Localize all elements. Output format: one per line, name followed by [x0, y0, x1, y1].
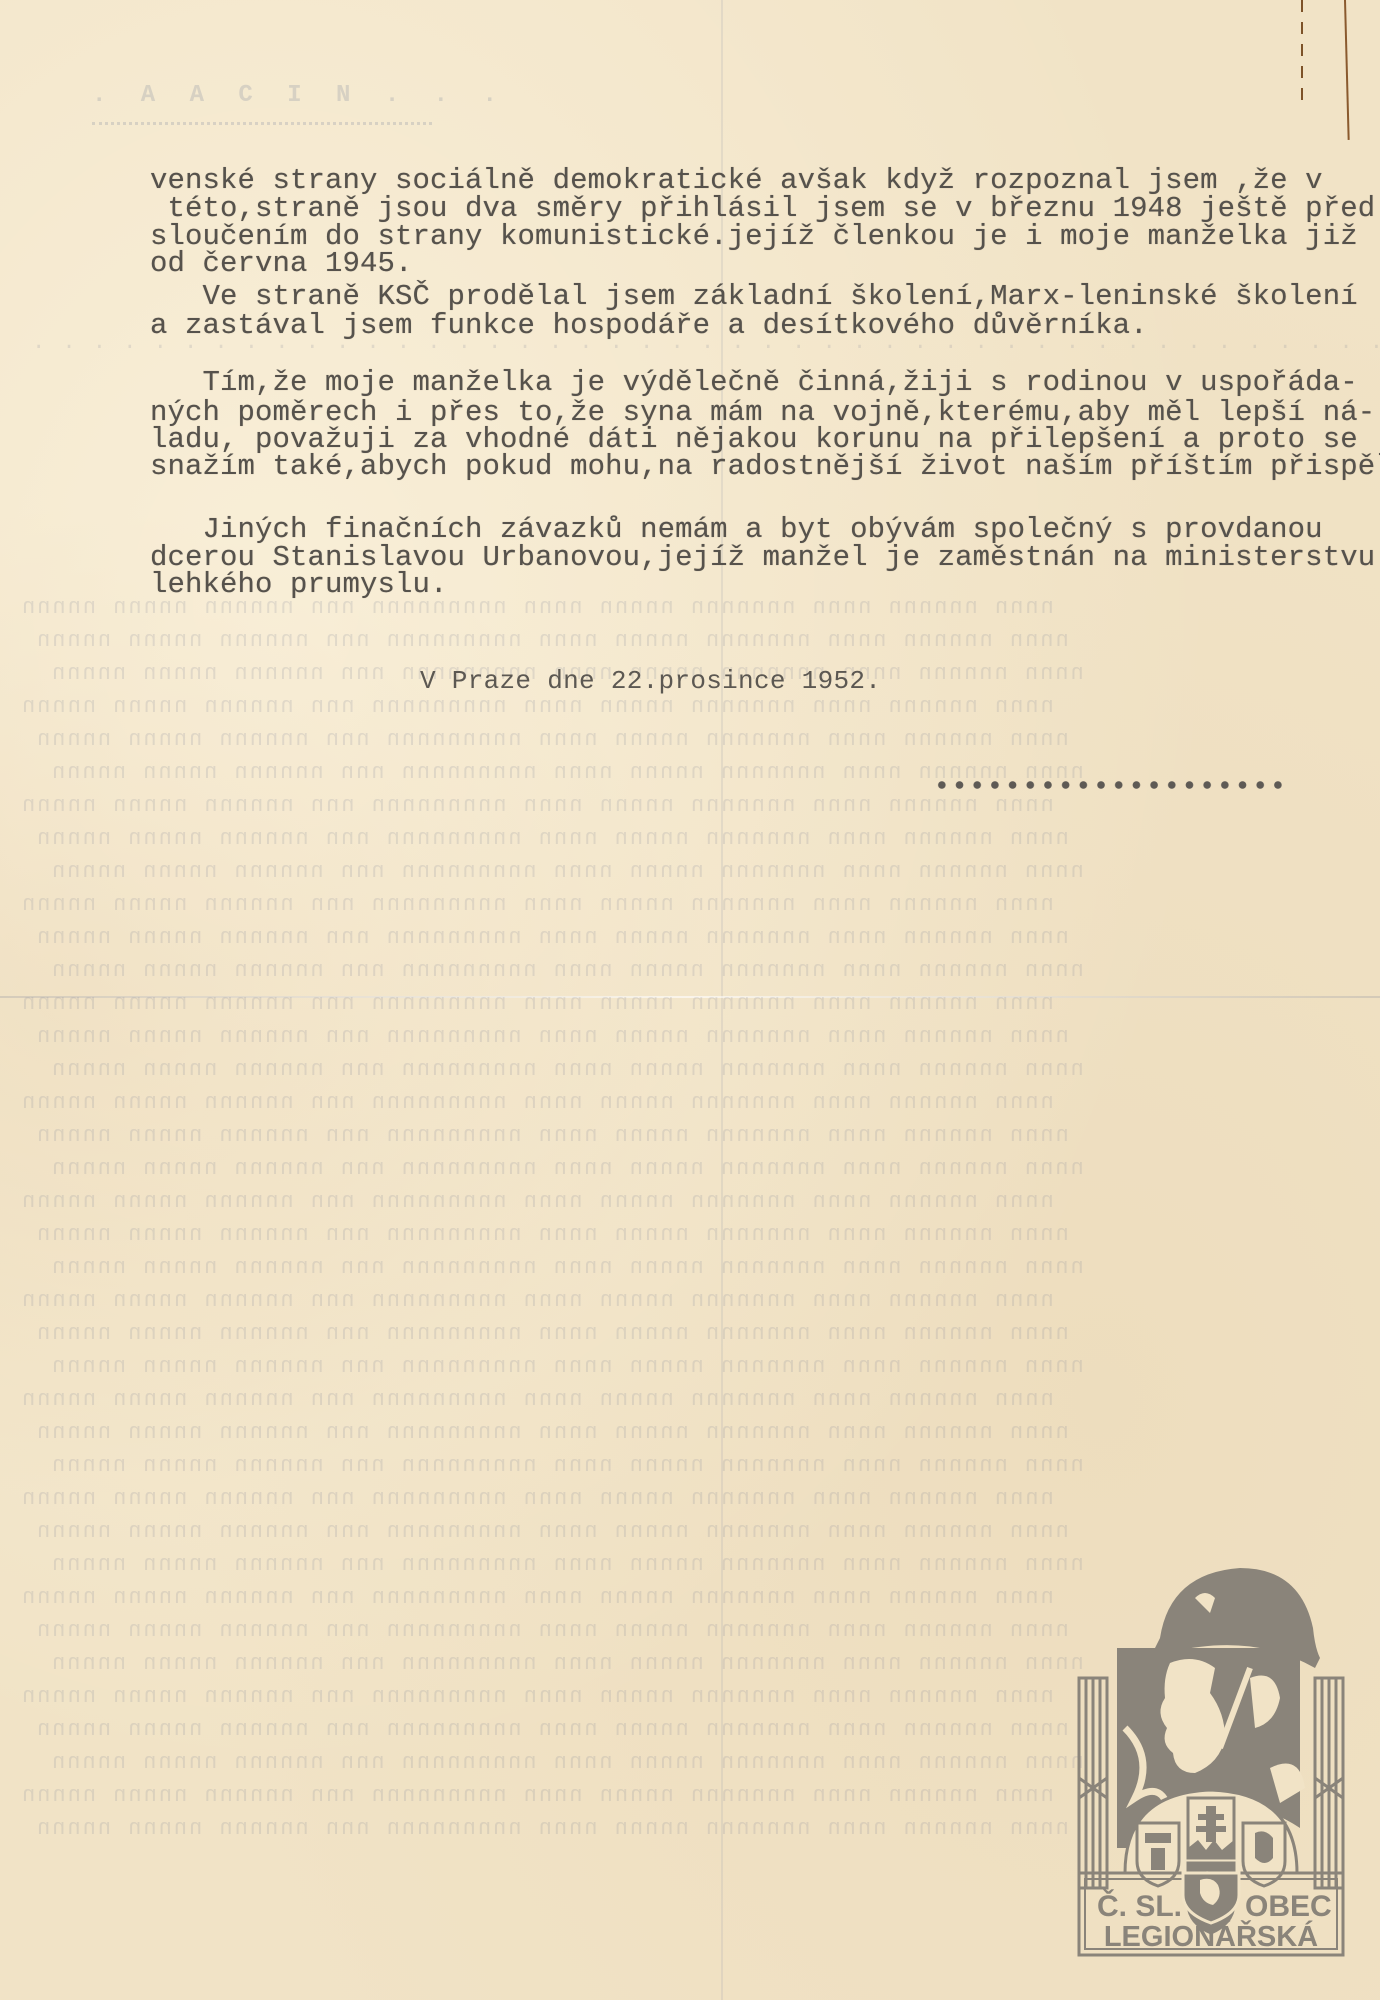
bleed-through-line: nnnn nnnnnn nnnn nnnnnnn nnnnn nnnn nnnn…	[35, 1816, 1069, 1841]
stamp-text-csl: Č. SL.	[1097, 1889, 1182, 1923]
bleed-through-line: nnnn nnnnnn nnnn nnnnnnn nnnnn nnnn nnnn…	[50, 1750, 1084, 1775]
bleed-through-line: nnnn nnnnnn nnnn nnnnnnn nnnnn nnnn nnnn…	[20, 1189, 1054, 1214]
rust-mark-dashed	[1301, 0, 1303, 105]
bleed-through-line: nnnn nnnnnn nnnn nnnnnnn nnnnn nnnn nnnn…	[50, 1156, 1084, 1181]
bleed-through-line: nnnn nnnnnn nnnn nnnnnnn nnnnn nnnn nnnn…	[35, 628, 1069, 653]
bleed-through-line: nnnn nnnnnn nnnn nnnnnnn nnnnn nnnn nnnn…	[50, 958, 1084, 983]
bleed-through-line: nnnn nnnnnn nnnn nnnnnnn nnnnn nnnn nnnn…	[50, 859, 1084, 884]
bleed-through-line: nnnn nnnnnn nnnn nnnnnnn nnnnn nnnn nnnn…	[50, 1354, 1084, 1379]
bleed-through-line: nnnn nnnnnn nnnn nnnnnnn nnnnn nnnn nnnn…	[35, 1519, 1069, 1544]
bleed-through-line: nnnn nnnnnn nnnn nnnnnnn nnnnn nnnn nnnn…	[35, 1222, 1069, 1247]
bleed-through-line: nnnn nnnnnn nnnn nnnnnnn nnnnn nnnn nnnn…	[50, 1453, 1084, 1478]
soldier-emblem-icon: Č. SL. OBEC LEGIONÁŘSKÁ	[1075, 1528, 1347, 1958]
date-line: V Praze dne 22.prosince 1952.	[420, 666, 881, 696]
bleed-through-line: nnnn nnnnnn nnnn nnnnnnn nnnnn nnnn nnnn…	[20, 892, 1054, 917]
text-line: Tím,že moje manželka je výdělečně činná,…	[150, 368, 1358, 398]
bleed-through-line: nnnn nnnnnn nnnn nnnnnnn nnnnn nnnn nnnn…	[20, 1090, 1054, 1115]
bleed-through-line: nnnn nnnnnn nnnn nnnnnnn nnnnn nnnn nnnn…	[35, 727, 1069, 752]
bleed-through-line: nnnn nnnnnn nnnn nnnnnnn nnnnn nnnn nnnn…	[35, 826, 1069, 851]
bleed-through-line: nnnn nnnnnn nnnn nnnnnnn nnnnn nnnn nnnn…	[50, 760, 1084, 785]
bleed-through-line: nnnn nnnnnn nnnn nnnnnnn nnnnn nnnn nnnn…	[35, 1024, 1069, 1049]
bleed-through-line: nnnn nnnnnn nnnn nnnnnnn nnnnn nnnn nnnn…	[50, 1552, 1084, 1577]
bleed-through-line: nnnn nnnnnn nnnn nnnnnnn nnnnn nnnn nnnn…	[50, 1057, 1084, 1082]
rust-mark-line	[1344, 0, 1350, 140]
bleed-through-line: nnnn nnnnnn nnnn nnnnnnn nnnnn nnnn nnnn…	[35, 1618, 1069, 1643]
bleed-through-line: nnnn nnnnnn nnnn nnnnnnn nnnnn nnnn nnnn…	[50, 1255, 1084, 1280]
bleed-through-rule	[92, 122, 432, 125]
bleed-through-line: nnnn nnnnnn nnnn nnnnnnn nnnnn nnnn nnnn…	[20, 991, 1054, 1016]
signature-dotted-line	[933, 780, 1288, 790]
legion-stamp-logo: Č. SL. OBEC LEGIONÁŘSKÁ	[1075, 1528, 1347, 1958]
bleed-through-line: nnnn nnnnnn nnnn nnnnnnn nnnnn nnnn nnnn…	[20, 1486, 1054, 1511]
stamp-text-obec: OBEC	[1245, 1890, 1332, 1923]
text-line: lehkého prumyslu.	[150, 570, 448, 600]
bleed-through-line: nnnn nnnnnn nnnn nnnnnnn nnnnn nnnn nnnn…	[20, 793, 1054, 818]
bleed-through-line: nnnn nnnnnn nnnn nnnnnnn nnnnn nnnn nnnn…	[35, 925, 1069, 950]
bleed-through-line: nnnn nnnnnn nnnn nnnnnnn nnnnn nnnn nnnn…	[20, 1288, 1054, 1313]
bleed-through-line: nnnn nnnnnn nnnn nnnnnnn nnnnn nnnn nnnn…	[20, 694, 1054, 719]
bleed-through-line: nnnn nnnnnn nnnn nnnnnnn nnnnn nnnn nnnn…	[35, 1123, 1069, 1148]
bleed-through-line: nnnn nnnnnn nnnn nnnnnnn nnnnn nnnn nnnn…	[35, 1321, 1069, 1346]
bleed-through-heading: . A A C I N . . .	[92, 82, 507, 109]
bleed-through-line: nnnn nnnnnn nnnn nnnnnnn nnnnn nnnn nnnn…	[20, 1585, 1054, 1610]
bleed-through-line: nnnn nnnnnn nnnn nnnnnnn nnnnn nnnn nnnn…	[20, 1783, 1054, 1808]
text-line: snažím také,abych pokud mohu,na radostně…	[150, 452, 1380, 482]
text-line: od června 1945.	[150, 249, 413, 279]
text-line: a zastával jsem funkce hospodáře a desít…	[150, 311, 1148, 341]
stamp-text-legionarska: LEGIONÁŘSKÁ	[1104, 1919, 1318, 1953]
bleed-through-line: nnnn nnnnnn nnnn nnnnnnn nnnnn nnnn nnnn…	[50, 1651, 1084, 1676]
bleed-through-line: nnnn nnnnnn nnnn nnnnnnn nnnnn nnnn nnnn…	[35, 1717, 1069, 1742]
text-line: Ve straně KSČ prodělal jsem základní ško…	[150, 282, 1358, 312]
bleed-through-line: nnnn nnnnnn nnnn nnnnnnn nnnnn nnnn nnnn…	[20, 1684, 1054, 1709]
bleed-through-line: nnnn nnnnnn nnnn nnnnnnn nnnnn nnnn nnnn…	[35, 1420, 1069, 1445]
bleed-through-line: nnnn nnnnnn nnnn nnnnnnn nnnnn nnnn nnnn…	[20, 1387, 1054, 1412]
